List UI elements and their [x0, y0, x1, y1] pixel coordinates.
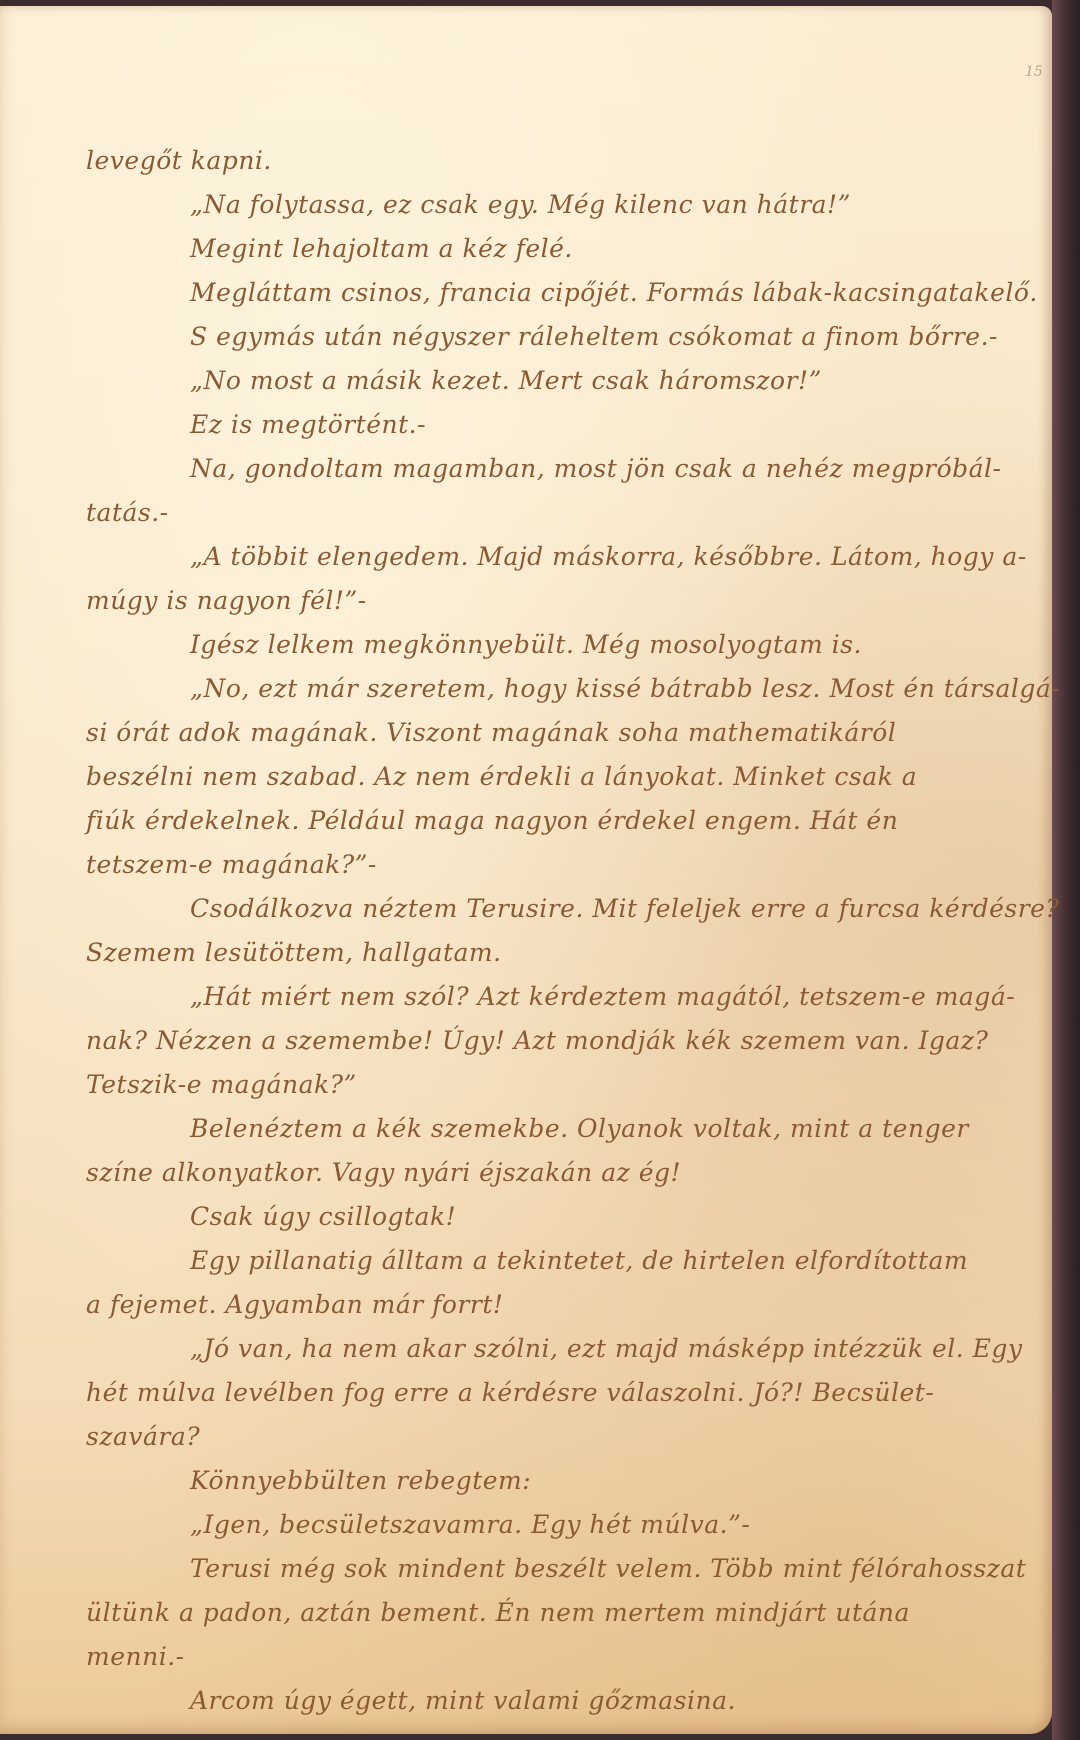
- text-line: Terusi még sok mindent beszélt velem. Tö…: [190, 1556, 1026, 1581]
- text-line: „A többit elengedem. Majd máskorra, késő…: [190, 544, 1027, 569]
- text-line: „Hát miért nem szól? Azt kérdeztem magát…: [190, 984, 1015, 1009]
- text-line: Megláttam csinos, francia cipőjét. Formá…: [190, 280, 1038, 305]
- text-line: levegőt kapni.: [86, 148, 272, 173]
- manuscript-text: levegőt kapni. „Na folytassa, ez csak eg…: [0, 0, 1052, 1728]
- text-line: si órát adok magának. Viszont magának so…: [86, 720, 896, 745]
- text-line: Könnyebbülten rebegtem:: [190, 1468, 531, 1493]
- text-line: Na, gondoltam magamban, most jön csak a …: [190, 456, 1002, 481]
- text-line: hét múlva levélben fog erre a kérdésre v…: [86, 1380, 934, 1405]
- text-line: tetszem-e magának?”-: [86, 852, 377, 877]
- text-line: szavára?: [86, 1424, 200, 1449]
- book-spine-edge: [1052, 0, 1080, 1740]
- text-line: tatás.-: [86, 500, 169, 525]
- text-line: Tetszik-e magának?”: [86, 1072, 357, 1097]
- text-line: Megint lehajoltam a kéz felé.: [190, 236, 573, 261]
- text-line: nak? Nézzen a szemembe! Úgy! Azt mondják…: [86, 1028, 988, 1053]
- text-line: Igész lelkem megkönnyebült. Még mosolyog…: [190, 632, 862, 657]
- text-line: fiúk érdekelnek. Például maga nagyon érd…: [86, 808, 898, 833]
- text-line: „Jó van, ha nem akar szólni, ezt majd má…: [190, 1336, 1023, 1361]
- text-line: Csodálkozva néztem Terusire. Mit felelje…: [190, 896, 1059, 921]
- text-line: múgy is nagyon fél!”-: [86, 588, 367, 613]
- text-line: „No most a másik kezet. Mert csak hároms…: [190, 368, 822, 393]
- text-line: S egymás után négyszer ráleheltem csókom…: [190, 324, 998, 349]
- text-line: Szemem lesütöttem, hallgatam.: [86, 940, 502, 965]
- text-line: a fejemet. Agyamban már forrt!: [86, 1292, 503, 1317]
- text-line: „Igen, becsületszavamra. Egy hét múlva.”…: [190, 1512, 750, 1537]
- text-line: beszélni nem szabad. Az nem érdekli a lá…: [86, 764, 917, 789]
- text-line: Belenéztem a kék szemekbe. Olyanok volta…: [190, 1116, 969, 1141]
- text-line: Csak úgy csillogtak!: [190, 1204, 456, 1229]
- text-line: ültünk a padon, aztán bement. Én nem mer…: [86, 1600, 910, 1625]
- text-line: „No, ezt már szeretem, hogy kissé bátrab…: [190, 676, 1060, 701]
- text-line: Ez is megtörtént.-: [190, 412, 426, 437]
- text-line: színe alkonyatkor. Vagy nyári éjszakán a…: [86, 1160, 681, 1185]
- text-line: Egy pillanatig álltam a tekintetet, de h…: [190, 1248, 968, 1273]
- text-line: „Na folytassa, ez csak egy. Még kilenc v…: [190, 192, 851, 217]
- text-line: Arcom úgy égett, mint valami gőzmasina.: [190, 1688, 736, 1713]
- text-line: menni.-: [86, 1644, 185, 1669]
